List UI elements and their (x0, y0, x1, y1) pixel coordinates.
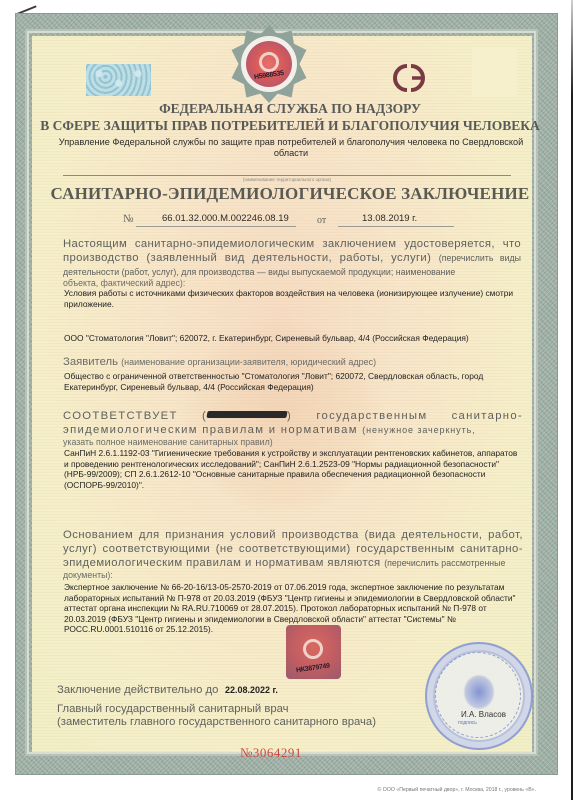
hologram-logo-icon (259, 52, 279, 72)
department-caption: (наименование территориального органа) (63, 177, 511, 182)
sanitary-rules: СанПиН 2.6.1.1192-03 "Гигиенические треб… (64, 448, 524, 490)
applicant-label-text: Заявитель (63, 356, 118, 368)
applicant-label: Заявитель (наименование организации-заяв… (63, 356, 376, 368)
date-label: от (317, 215, 326, 226)
object-address: ООО "Стоматология "Ловит"; 620072, г. Ек… (64, 333, 534, 344)
hologram-code: НК3879749 (296, 663, 331, 675)
document-title: САНИТАРНО-ЭПИДЕМИОЛОГИЧЕСКОЕ ЗАКЛЮЧЕНИЕ (40, 184, 540, 204)
conformity-hint: (ненужное зачеркнуть, (362, 425, 475, 435)
hologram-sticker-bottom: НК3879749 (286, 625, 341, 679)
scan-edge (571, 0, 573, 800)
validity-date: 22.08.2022 г. (225, 685, 278, 695)
applicant-value: Общество с ограниченной ответственностью… (64, 371, 519, 392)
number-label: № (123, 213, 134, 225)
form-serial-number: №3064291 (240, 745, 302, 761)
signature-caption: подпись (458, 720, 477, 726)
document-number: 66.01.32.000.М.002246.08.19 (162, 213, 289, 224)
signatory-name: И.А. Власов (461, 710, 506, 719)
applicant-label-hint: (наименование организации-заявителя, юри… (121, 357, 376, 367)
coat-of-arms-icon (463, 674, 495, 710)
basis-lead: Основанием для признания условий произво… (63, 528, 523, 570)
official-stamp (425, 642, 533, 750)
hologram-logo-icon (303, 639, 323, 659)
basis-tail: документы): (63, 570, 113, 580)
conformity-tail: указать полное наименование санитарных п… (63, 437, 273, 447)
doctor-title: Главный государственный санитарный врач (57, 703, 289, 715)
date-underline (338, 226, 454, 227)
struck-out-option (206, 411, 287, 418)
validity-label: Заключение действительно до (57, 684, 218, 696)
conformity-status: СООТВЕТСТВУЕТ (63, 410, 178, 422)
activity-value: Условия работы с источниками физических … (64, 288, 534, 309)
agency-title-line1: ФЕДЕРАЛЬНАЯ СЛУЖБА ПО НАДЗОРУ (40, 101, 540, 117)
basis-lead-hint: (перечислить рассмотренные (384, 558, 505, 568)
hologram-sticker: H5988535 (246, 41, 292, 87)
number-underline (136, 226, 296, 227)
department-name: Управление Федеральной службы по защите … (58, 137, 524, 159)
hologram-strip (86, 64, 151, 96)
blank-area (472, 47, 517, 97)
hologram-code: H5988535 (254, 70, 285, 81)
conformity-statement: СООТВЕТСТВУЕТ () государственным санитар… (63, 409, 523, 437)
activity-lead: Настоящим санитарно-эпидемиологическим з… (63, 237, 521, 279)
printer-note: © ООО «Первый печатный двор», г. Москва,… (378, 787, 536, 793)
agency-title-line2: В СФЕРЕ ЗАЩИТЫ ПРАВ ПОТРЕБИТЕЛЕЙ И БЛАГО… (40, 118, 540, 134)
department-underline (63, 175, 511, 176)
se-logo-icon (385, 58, 445, 98)
document-date: 13.08.2019 г. (362, 213, 417, 224)
doctor-deputy-title: (заместитель главного государственного с… (57, 716, 376, 728)
activity-lead-tail: объекта, фактический адрес): (63, 278, 185, 288)
hologram-seal-top: H5988535 (230, 25, 308, 103)
